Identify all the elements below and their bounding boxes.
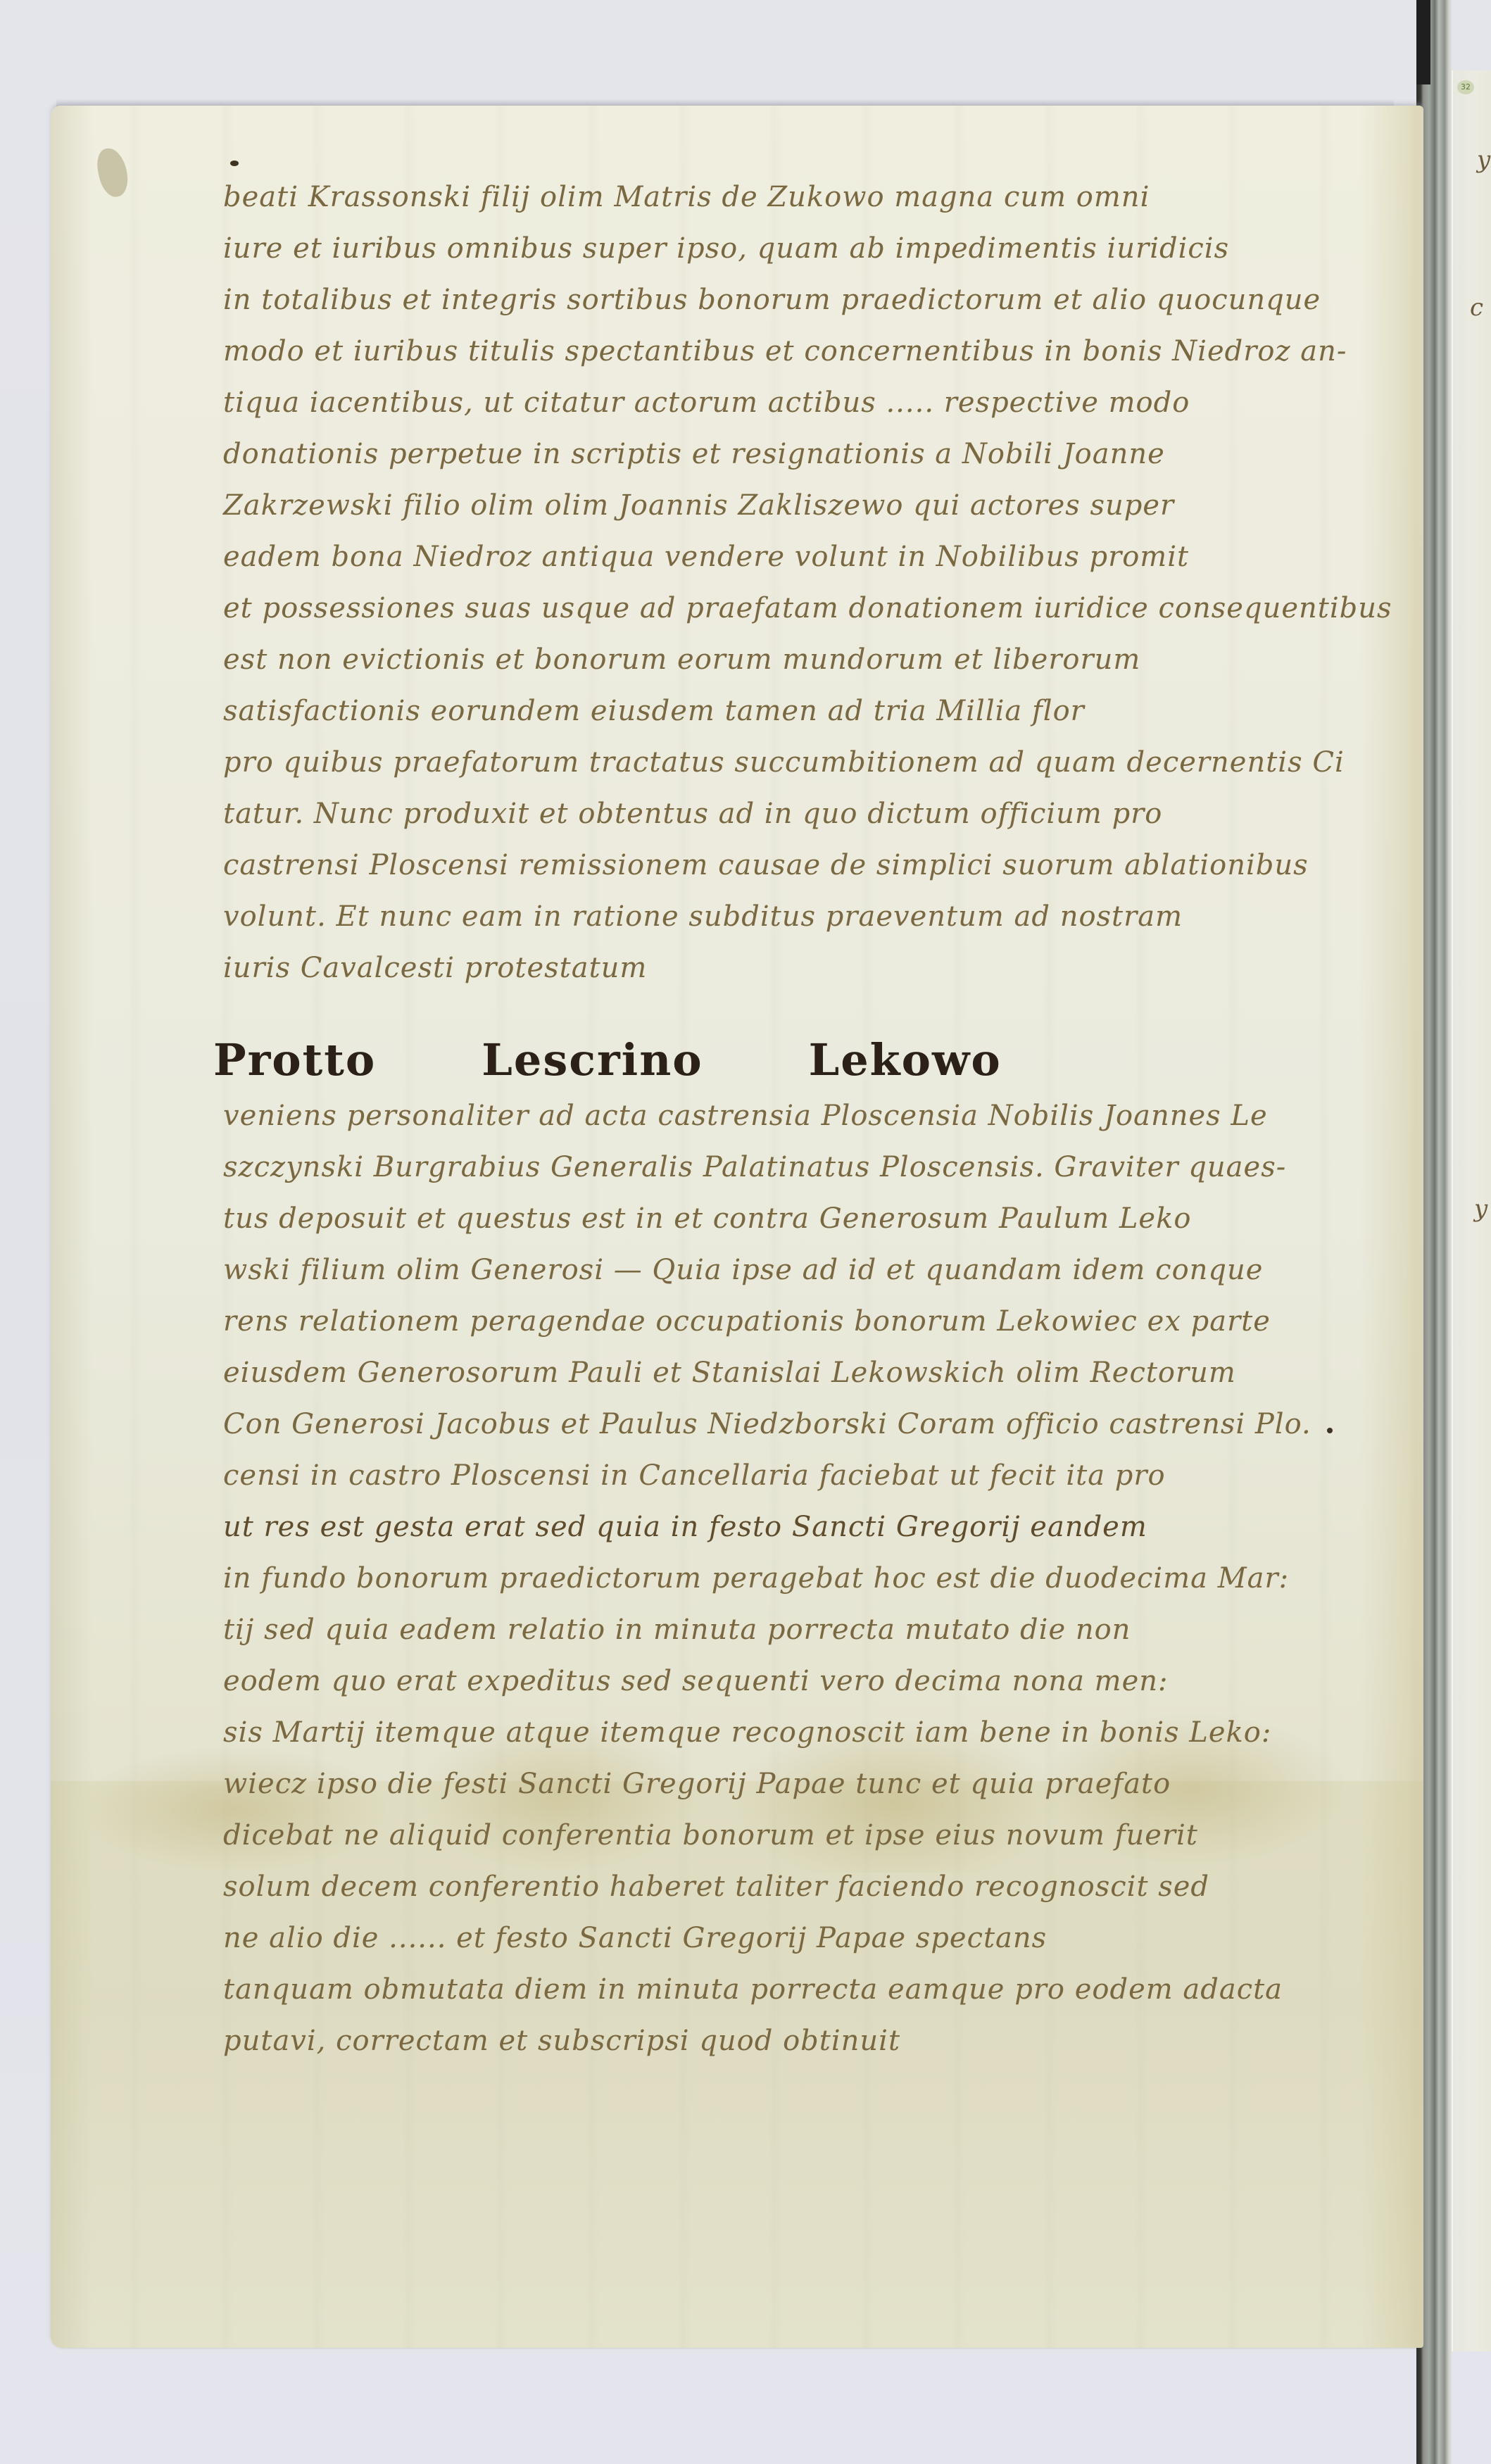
text-line: ut res est gesta erat sed quia in festo … <box>223 1513 1147 1541</box>
text-line: in fundo bonorum praedictorum peragebat … <box>223 1564 1289 1592</box>
heading-word: Lekowo <box>809 1038 1002 1082</box>
text-line: tij sed quia eadem relatio in minuta por… <box>223 1616 1131 1644</box>
ink-blot <box>230 161 239 166</box>
text-line: castrensi Ploscensi remissionem causae d… <box>223 851 1309 879</box>
text-line: rens relationem peragendae occupationis … <box>223 1307 1271 1335</box>
text-line: pro quibus praefatorum tractatus succumb… <box>223 748 1345 777</box>
text-line: iuris Cavalcesti protestatum <box>223 954 647 982</box>
text-line: ne alio die ...... et festo Sancti Grego… <box>223 1924 1047 1952</box>
text-line: volunt. Et nunc eam in ratione subditus … <box>223 903 1183 931</box>
text-line: szczynski Burgrabius Generalis Palatinat… <box>223 1153 1286 1181</box>
text-line: iure et iuribus omnibus super ipso, quam… <box>223 234 1229 263</box>
text-line: est non evictionis et bonorum eorum mund… <box>223 646 1140 674</box>
facing-page: 32 y c y <box>1452 70 1491 2351</box>
text-line: putavi, correctam et subscripsi quod obt… <box>223 2027 900 2055</box>
text-line: donationis perpetue in scriptis et resig… <box>223 440 1165 468</box>
heading-word: Lescrino <box>482 1038 703 1082</box>
text-line: modo et iuribus titulis spectantibus et … <box>223 337 1347 365</box>
text-line: eiusdem Generosorum Pauli et Stanislai L… <box>223 1359 1236 1387</box>
text-line: eodem quo erat expeditus sed sequenti ve… <box>223 1667 1169 1695</box>
text-line: tus deposuit et questus est in et contra… <box>223 1205 1191 1233</box>
text-line: wiecz ipso die festi Sancti Gregorij Pap… <box>223 1770 1171 1798</box>
text-line: sis Martij itemque atque itemque recogno… <box>223 1718 1271 1747</box>
text-line: wski filium olim Generosi — Quia ipse ad… <box>223 1256 1263 1284</box>
text-line: Zakrzewski filio olim olim Joannis Zakli… <box>223 491 1174 520</box>
corner-stain <box>94 146 132 200</box>
text-line: Con Generosi Jacobus et Paulus Niedzbors… <box>223 1410 1311 1438</box>
ink-blot <box>1327 1428 1333 1433</box>
folio-number: 32 <box>1457 80 1474 94</box>
text-line: solum decem conferentio haberet taliter … <box>223 1873 1209 1901</box>
entry-heading: ProttoLescrinoLekowo <box>213 1038 1107 1082</box>
heading-word: Protto <box>213 1038 376 1082</box>
text-line: satisfactionis eorundem eiusdem tamen ad… <box>223 697 1085 725</box>
facing-margin-mark: y <box>1477 148 1490 172</box>
paper-discoloration <box>51 1781 1423 2348</box>
text-line: in totalibus et integris sortibus bonoru… <box>223 286 1321 314</box>
text-line: tiqua iacentibus, ut citatur actorum act… <box>223 389 1190 417</box>
text-line: et possessiones suas usque ad praefatam … <box>223 594 1392 622</box>
text-line: dicebat ne aliquid conferentia bonorum e… <box>223 1821 1198 1849</box>
text-line: censi in castro Ploscensi in Cancellaria… <box>223 1462 1166 1490</box>
binding-gutter-shadow <box>1416 0 1430 84</box>
text-line: veniens personaliter ad acta castrensia … <box>223 1102 1268 1130</box>
text-line: tanquam obmutata diem in minuta porrecta… <box>223 1975 1283 2004</box>
text-line: tatur. Nunc produxit et obtentus ad in q… <box>223 800 1162 828</box>
text-line: beati Krassonski filij olim Matris de Zu… <box>223 183 1150 211</box>
facing-margin-mark: c <box>1470 296 1483 320</box>
manuscript-page: beati Krassonski filij olim Matris de Zu… <box>51 106 1423 2348</box>
facing-margin-mark: y <box>1474 1197 1487 1221</box>
text-line: eadem bona Niedroz antiqua vendere volun… <box>223 543 1189 571</box>
